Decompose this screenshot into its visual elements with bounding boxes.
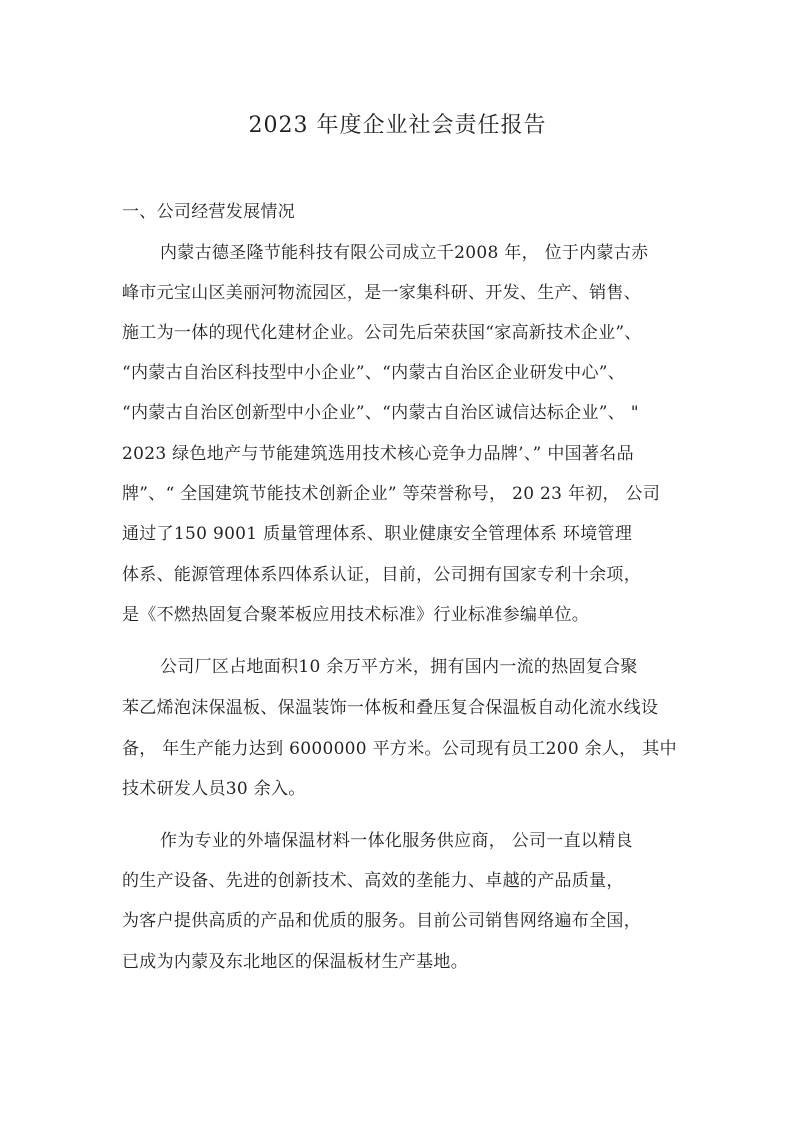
paragraph-2-line-1: 公司厂区占地面积10 余万平方米，拥有国内一流的热固复合聚 [160, 652, 638, 677]
paragraph-3-line-2: 的生产设备、先进的创新技术、高效的垄能力、卓越的产品质量， [122, 866, 624, 891]
paragraph-2-line-2: 苯乙烯泡沫保温板、保温装饰一体板和叠压复合保温板自动化流水线设 [122, 693, 658, 718]
paragraph-1-line-3: 施工为一体的现代化建材企业。公司先后荣获国“家高新技术企业”、 [122, 318, 642, 343]
paragraph-2-line-4: 技术研发人员30 余入。 [122, 774, 306, 799]
paragraph-1-line-10: 是《不燃热固复合聚苯板应用技术标准》行业标准参编单位。 [122, 600, 589, 625]
document-title: 2023 年度企业社会责任报告 [0, 108, 795, 139]
paragraph-1-line-8: 通过了150 9001 质量管理体系、职业健康安全管理体系 环境管理 [122, 519, 632, 544]
paragraph-3-line-1: 作为专业的外墙保温材料一体化服务供应商， 公司一直以精良 [160, 826, 633, 851]
paragraph-1-line-5: “内蒙古自治区创新型中小企业”、“内蒙古自治区诚信达标企业”、 " [122, 398, 639, 423]
paragraph-1-line-2: 峰市元宝山区美丽河物流园区，是一家集科研、开发、生产、销售、 [122, 278, 641, 303]
paragraph-3-line-4: 已成为内蒙及东北地区的保温板材生产基地。 [122, 947, 468, 972]
paragraph-1-line-7: 牌”、“ 全国建筑节能技术创新企业” 等荣誉称号， 20 23 年初， 公司 [122, 479, 660, 504]
paragraph-1-line-1: 内蒙古德圣隆节能科技有限公司成立千2008 年， 位于内蒙古赤 [160, 238, 648, 263]
section-heading: 一、公司经营发展情况 [122, 197, 295, 222]
paragraph-3-line-3: 为客户提供高质的产品和优质的服务。目前公司销售网络遍布全国， [122, 906, 641, 931]
paragraph-1-line-9: 体系、能源管理体系四体系认证，目前，公司拥有国家专利十余项， [122, 560, 641, 585]
paragraph-1-line-6: 2023 绿色地产与节能建筑选用技术核心竞争力品牌’、” 中国著名品 [122, 439, 634, 464]
paragraph-2-line-3: 备， 年生产能力达到 6000000 平方米。公司现有员工200 余人， 其中 [122, 734, 677, 759]
paragraph-1-line-4: “内蒙古自治区科技型中小企业”、“内蒙古自治区企业研发中心”、 [122, 358, 625, 383]
document-page: 2023 年度企业社会责任报告 一、公司经营发展情况 内蒙古德圣隆节能科技有限公… [0, 0, 795, 1123]
